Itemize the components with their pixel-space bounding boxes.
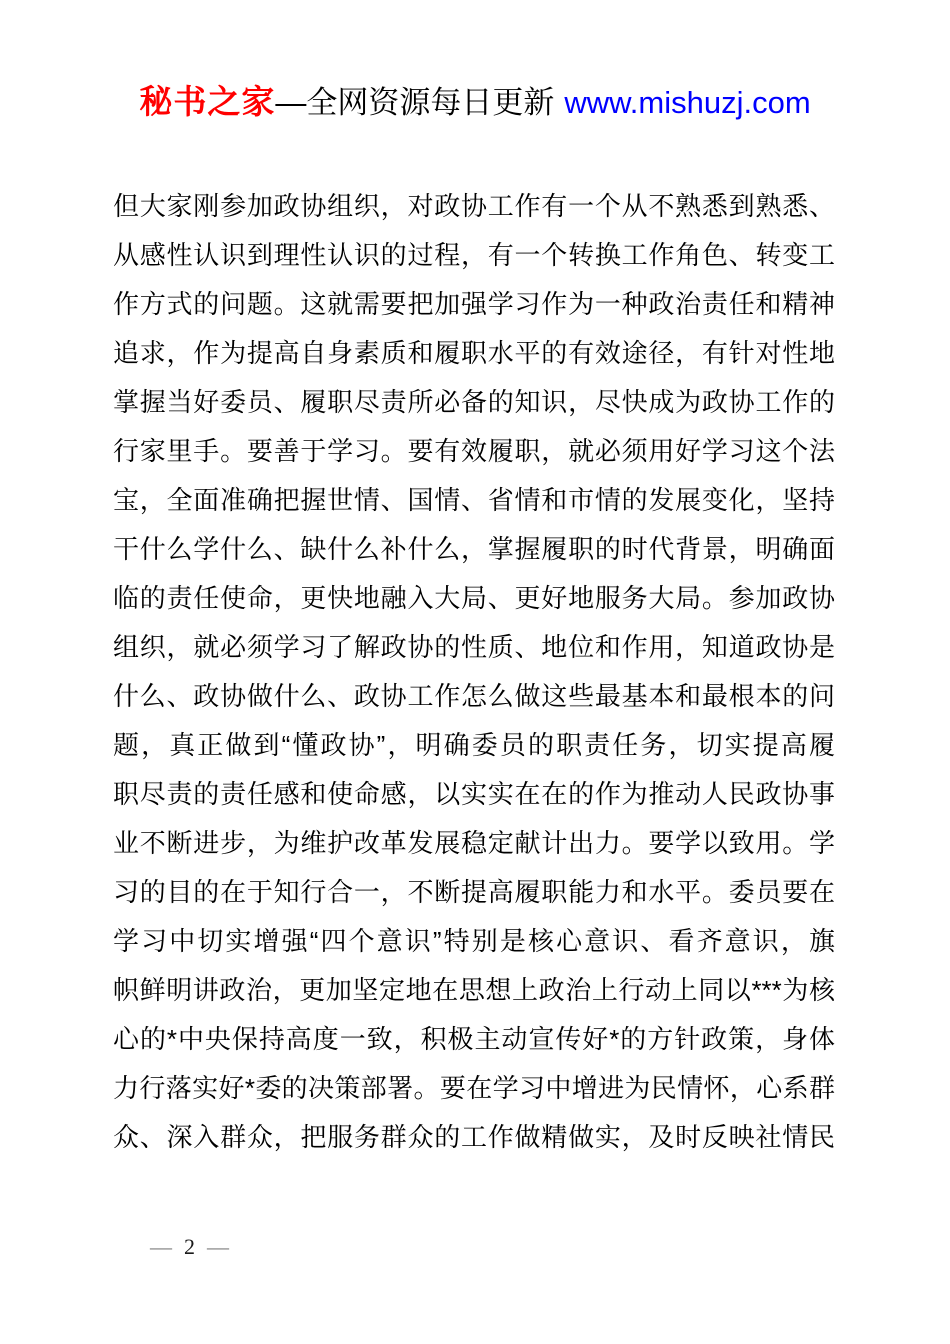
site-url-link[interactable]: www.mishuzj.com [564, 85, 810, 120]
site-header: 秘书之家—全网资源每日更新www.mishuzj.com [0, 82, 950, 129]
paragraph-line: 掌握当好委员、履职尽责所必备的知识，尽快成为政协工作的 [113, 378, 835, 427]
paragraph-line: 帜鲜明讲政治，更加坚定地在思想上政治上行动上同以***为核 [113, 966, 835, 1015]
paragraph-line: 职尽责的责任感和使命感，以实实在在的作为推动人民政协事 [113, 770, 835, 819]
paragraph-line: 业不断进步，为维护改革发展稳定献计出力。要学以致用。学 [113, 819, 835, 868]
paragraph-line: 学习中切实增强“四个意识”特别是核心意识、看齐意识，旗 [113, 917, 835, 966]
page-number-dash-left: — [150, 1234, 172, 1259]
document-page: 秘书之家—全网资源每日更新www.mishuzj.com 但大家刚参加政协组织，… [0, 0, 950, 1344]
page-number: —2— [150, 1234, 229, 1260]
paragraph-line: 力行落实好*委的决策部署。要在学习中增进为民情怀，心系群 [113, 1064, 835, 1113]
paragraph-line: 干什么学什么、缺什么补什么，掌握履职的时代背景，明确面 [113, 525, 835, 574]
site-name: 秘书之家 [139, 83, 275, 120]
paragraph-line: 临的责任使命，更快地融入大局、更好地服务大局。参加政协 [113, 574, 835, 623]
paragraph-line: 众、深入群众，把服务群众的工作做精做实，及时反映社情民 [113, 1113, 835, 1162]
paragraph-line: 行家里手。要善于学习。要有效履职，就必须用好学习这个法 [113, 427, 835, 476]
page-number-value: 2 [184, 1234, 195, 1259]
paragraph-line: 作方式的问题。这就需要把加强学习作为一种政治责任和精神 [113, 280, 835, 329]
header-separator: — [275, 85, 306, 120]
paragraph-line: 什么、政协做什么、政协工作怎么做这些最基本和最根本的问 [113, 672, 835, 721]
paragraph-line: 心的*中央保持高度一致，积极主动宣传好*的方针政策，身体 [113, 1015, 835, 1064]
document-body: 但大家刚参加政协组织，对政协工作有一个从不熟悉到熟悉、从感性认识到理性认识的过程… [113, 182, 835, 1162]
paragraph-line: 宝，全面准确把握世情、国情、省情和市情的发展变化，坚持 [113, 476, 835, 525]
paragraph-line: 组织，就必须学习了解政协的性质、地位和作用，知道政协是 [113, 623, 835, 672]
paragraph-line: 从感性认识到理性认识的过程，有一个转换工作角色、转变工 [113, 231, 835, 280]
paragraph-line: 习的目的在于知行合一，不断提高履职能力和水平。委员要在 [113, 868, 835, 917]
paragraph-line: 但大家刚参加政协组织，对政协工作有一个从不熟悉到熟悉、 [113, 182, 835, 231]
paragraph-line: 追求，作为提高自身素质和履职水平的有效途径，有针对性地 [113, 329, 835, 378]
page-number-dash-right: — [207, 1234, 229, 1259]
paragraph-line: 题，真正做到“懂政协”，明确委员的职责任务，切实提高履 [113, 721, 835, 770]
header-tagline: 全网资源每日更新 [306, 85, 554, 120]
